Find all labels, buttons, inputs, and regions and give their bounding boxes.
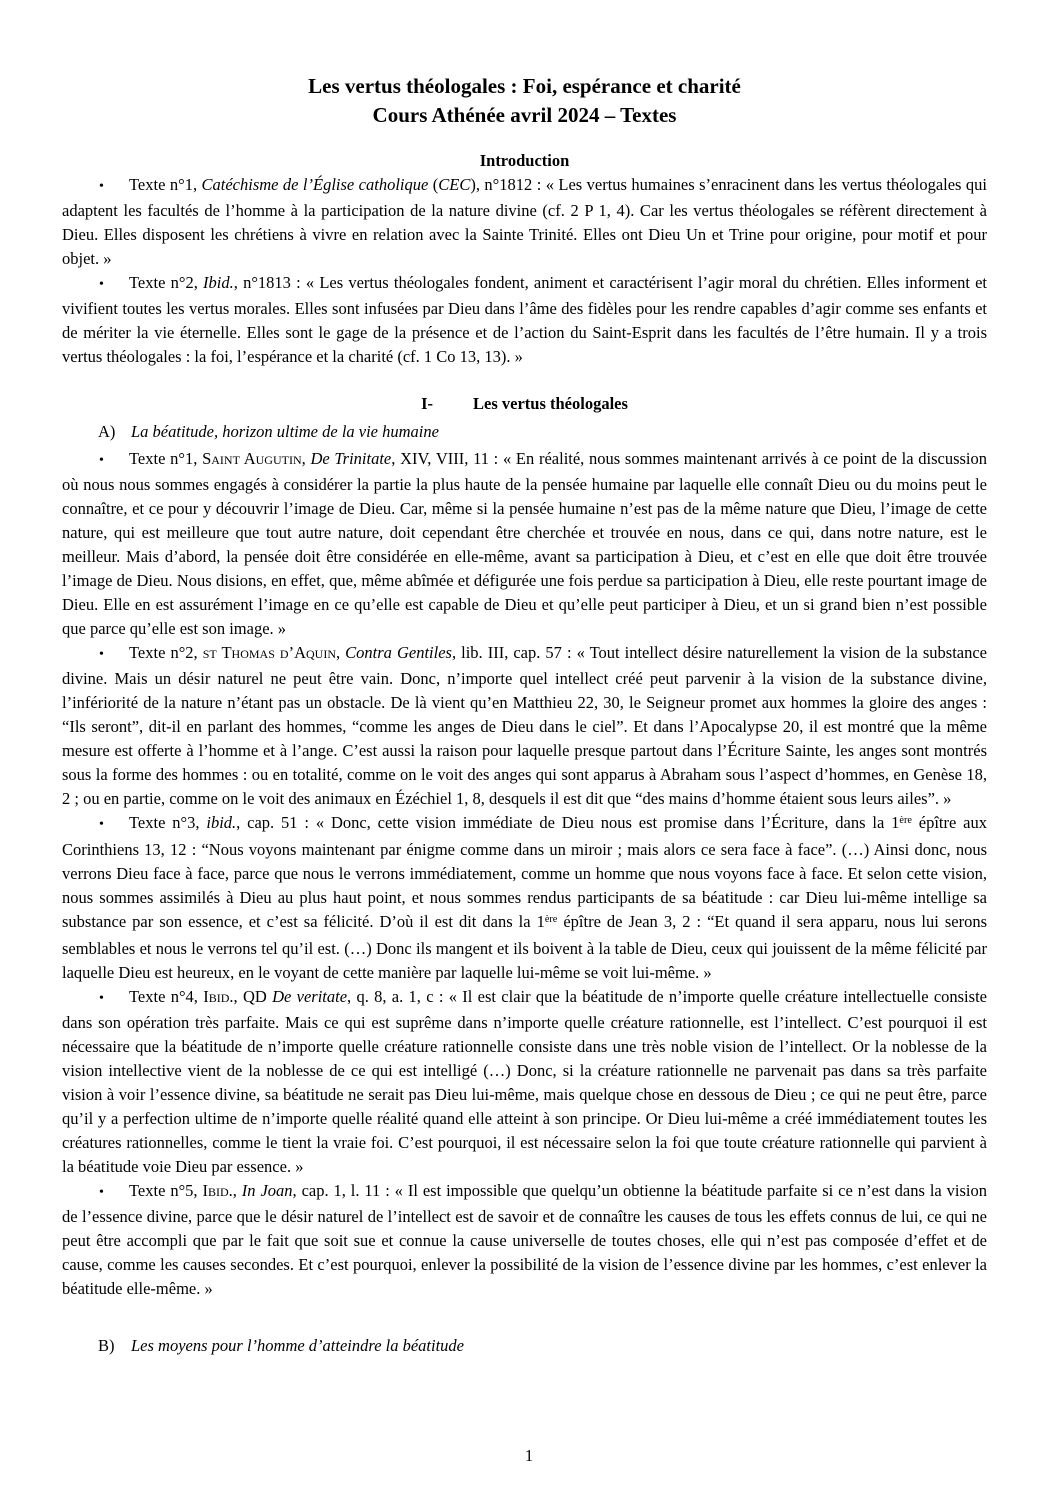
section-paragraph-3: •Texte n°3, ibid., cap. 51 : « Donc, cet… [62,811,987,985]
subsection-a-label: A) [98,420,131,444]
section-paragraph-2: •Texte n°2, st Thomas d’Aquin, Contra Ge… [62,641,987,811]
title-line-1: Les vertus théologales : Foi, espérance … [308,74,741,98]
section-1-heading: I-Les vertus théologales [62,392,987,416]
section-paragraph-4-text: Texte n°4, Ibid., QD De veritate, q. 8, … [62,987,987,1176]
section-paragraph-5: •Texte n°5, Ibid., In Joan, cap. 1, l. 1… [62,1179,987,1301]
intro-paragraph-1-text: Texte n°1, Catéchisme de l’Église cathol… [62,175,987,268]
title-line-2: Cours Athénée avril 2024 – Textes [373,103,677,127]
section-paragraph-1: •Texte n°1, Saint Augutin, De Trinitate,… [62,447,987,641]
document-page: Les vertus théologales : Foi, espérance … [0,0,1058,1497]
bullet-icon: • [99,813,129,837]
introduction-heading: Introduction [62,149,987,173]
section-1-number: I- [421,394,433,413]
section-paragraph-1-text: Texte n°1, Saint Augutin, De Trinitate, … [62,449,987,638]
section-paragraph-4: •Texte n°4, Ibid., QD De veritate, q. 8,… [62,985,987,1179]
subsection-b-title: Les moyens pour l’homme d’atteindre la b… [131,1336,464,1355]
bullet-icon: • [99,987,129,1011]
page-number: 1 [0,1444,1058,1468]
subsection-a-heading: A)La béatitude, horizon ultime de la vie… [62,420,987,444]
subsection-b-heading: B)Les moyens pour l’homme d’atteindre la… [62,1334,987,1358]
section-1-title: Les vertus théologales [473,394,628,413]
bullet-icon: • [99,1181,129,1205]
bullet-icon: • [99,175,129,199]
section-paragraph-5-text: Texte n°5, Ibid., In Joan, cap. 1, l. 11… [62,1181,987,1298]
intro-paragraph-2-text: Texte n°2, Ibid., n°1813 : « Les vertus … [62,273,987,366]
document-title: Les vertus théologales : Foi, espérance … [62,72,987,130]
intro-paragraph-1: •Texte n°1, Catéchisme de l’Église catho… [62,173,987,271]
bullet-icon: • [99,449,129,473]
intro-paragraph-2: •Texte n°2, Ibid., n°1813 : « Les vertus… [62,271,987,369]
subsection-b-label: B) [98,1334,131,1358]
section-paragraph-3-text: Texte n°3, ibid., cap. 51 : « Donc, cett… [62,813,987,982]
subsection-a-title: La béatitude, horizon ultime de la vie h… [131,422,439,441]
bullet-icon: • [99,643,129,667]
section-paragraph-2-text: Texte n°2, st Thomas d’Aquin, Contra Gen… [62,643,987,808]
bullet-icon: • [99,273,129,297]
